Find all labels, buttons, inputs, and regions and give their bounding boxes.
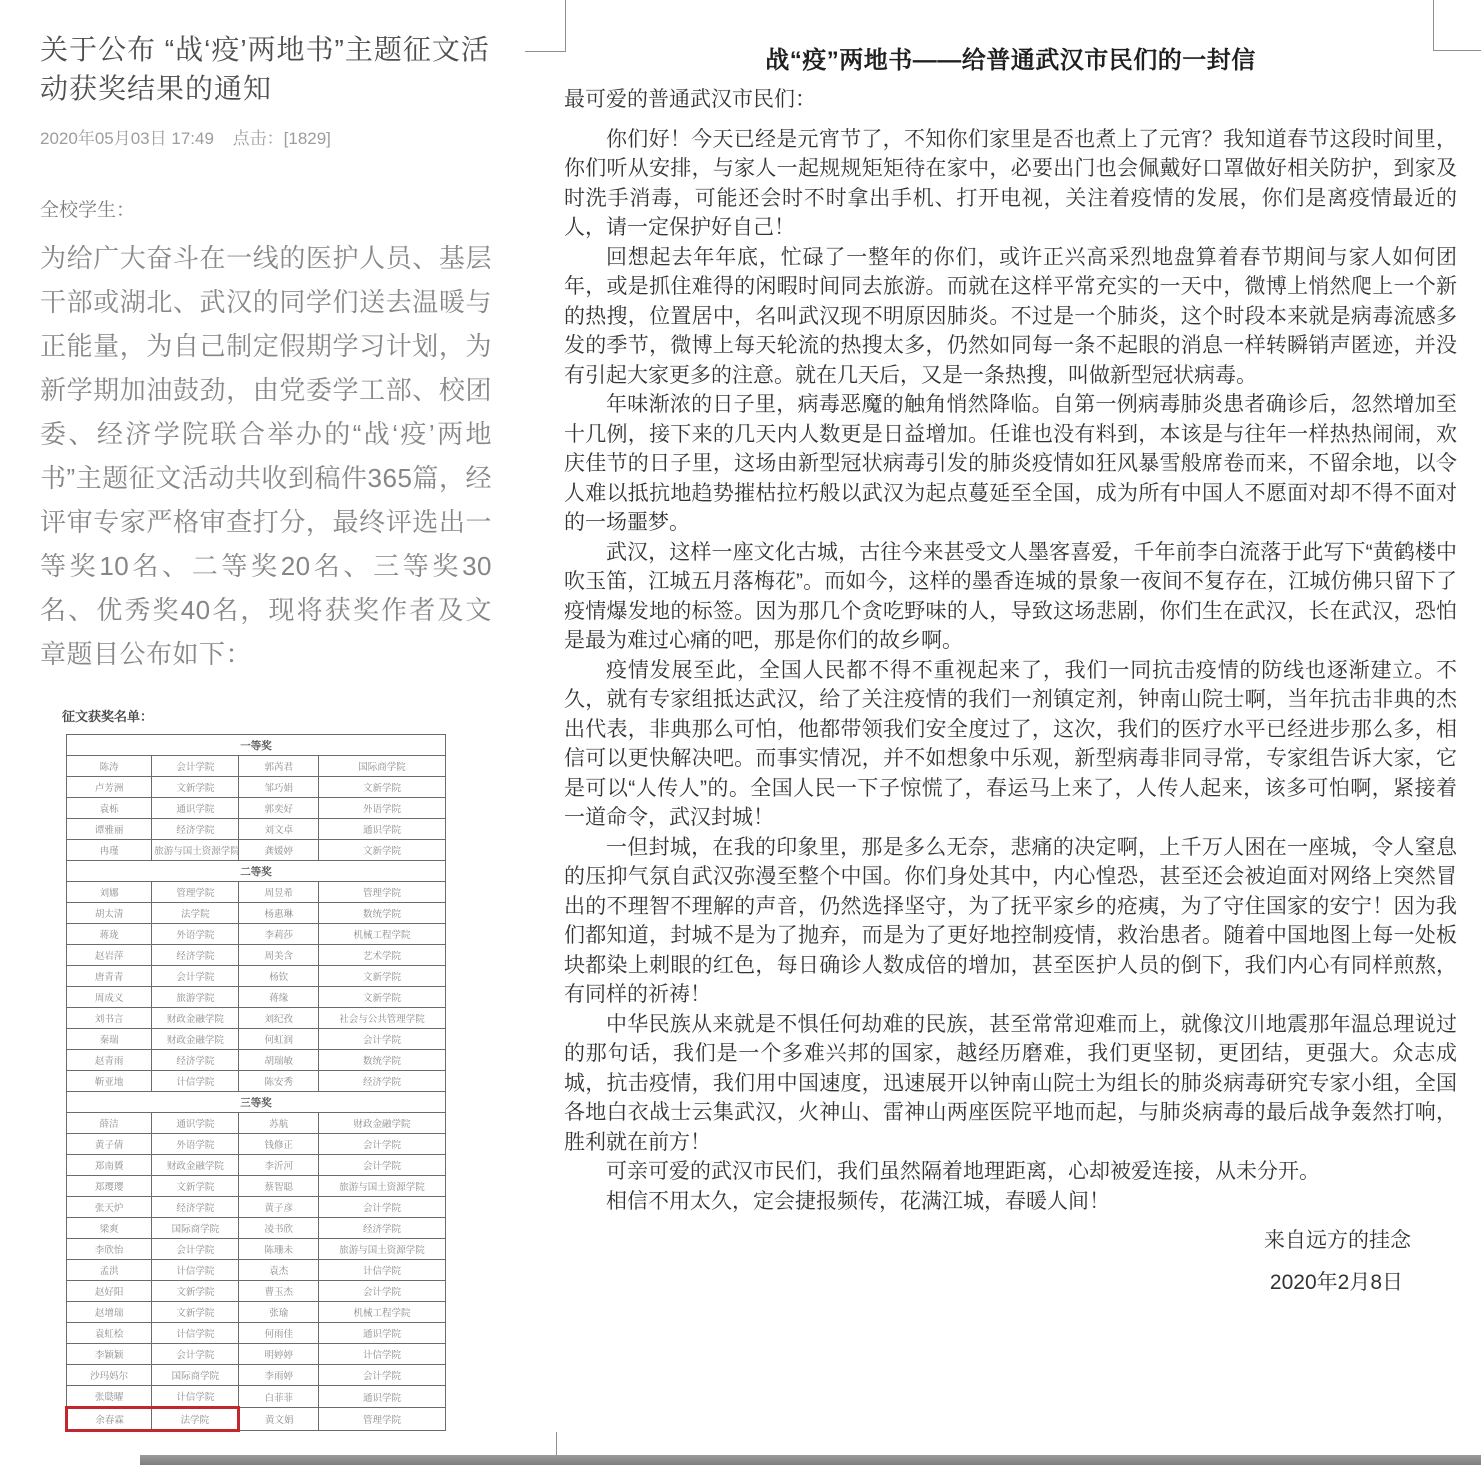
- letter-signature: 来自远方的挂念: [530, 1224, 1411, 1258]
- award-row: 李颖颖会计学院明婷婷计信学院: [67, 1344, 446, 1365]
- winner-college: 计信学院: [152, 1071, 239, 1092]
- letter-date: 2020年2月8日: [530, 1266, 1403, 1300]
- notice-salutation: 全校学生：: [40, 195, 520, 222]
- winner-college: 法学院: [152, 1408, 239, 1431]
- winner-college: 管理学院: [319, 882, 446, 903]
- winner-name: 龚媛婷: [239, 840, 319, 861]
- winner-name: 邹巧娟: [239, 777, 319, 798]
- winner-college: 旅游与国土资源学院: [319, 1176, 446, 1197]
- letter-paragraph: 可亲可爱的武汉市民们，我们虽然隔着地理距离，心却被爱连接，从未分开。: [564, 1157, 1457, 1187]
- winner-college: 管理学院: [319, 1408, 446, 1431]
- notice-date: 2020年05月03日 17:49: [40, 129, 214, 148]
- award-section-title: 一等奖: [67, 735, 446, 756]
- award-section-title: 二等奖: [67, 861, 446, 882]
- winner-name: 蔡智聪: [239, 1176, 319, 1197]
- winner-college: 会计学院: [152, 1344, 239, 1365]
- award-row: 靳亚地计信学院陈安秀经济学院: [67, 1071, 446, 1092]
- winner-name: 周昱希: [239, 882, 319, 903]
- award-row: 赵青雨经济学院胡瑞敏数统学院: [67, 1050, 446, 1071]
- winner-college: 国际商学院: [319, 756, 446, 777]
- winner-name: 张瓞曜: [67, 1386, 152, 1408]
- award-row: 蒋珑外语学院李莉莎机械工程学院: [67, 924, 446, 945]
- winner-name: 谭雅丽: [67, 819, 152, 840]
- winner-name: 蒋珑: [67, 924, 152, 945]
- page-corner-mark-top-right-vertical: [1433, 0, 1434, 50]
- award-section-row: 一等奖: [67, 735, 446, 756]
- page-corner-mark-top-left-horizontal: [525, 51, 566, 52]
- winner-name: 李欣怡: [67, 1239, 152, 1260]
- award-row: 郑南贇财政金融学院李沂河会计学院: [67, 1155, 446, 1176]
- letter-panel: 战“疫”两地书——给普通武汉市民们的一封信 最可爱的普通武汉市民们： 你们好！今…: [530, 0, 1481, 1465]
- winner-college: 计信学院: [319, 1344, 446, 1365]
- winner-college: 通识学院: [152, 1113, 239, 1134]
- winner-college: 国际商学院: [152, 1218, 239, 1239]
- winner-college: 经济学院: [319, 1218, 446, 1239]
- winner-name: 李沂河: [239, 1155, 319, 1176]
- winner-college: 艺术学院: [319, 945, 446, 966]
- winner-name: 陈安秀: [239, 1071, 319, 1092]
- winner-name: 杨钦: [239, 966, 319, 987]
- winner-college: 计信学院: [152, 1386, 239, 1408]
- winner-name: 蒋缘: [239, 987, 319, 1008]
- winner-name: 冉瑾: [67, 840, 152, 861]
- letter-paragraph: 回想起去年年底，忙碌了一整年的你们，或许正兴高采烈地盘算着春节期间与家人如何团年…: [564, 243, 1457, 391]
- award-table-body: 一等奖陈涛会计学院郭芮君国际商学院卢芳洲文新学院邹巧娟文新学院袁栎通识学院郭奕好…: [67, 735, 446, 1431]
- winner-college: 会计学院: [319, 1281, 446, 1302]
- winner-name: 黄子倩: [67, 1134, 152, 1155]
- award-row: 孟洪计信学院袁杰计信学院: [67, 1260, 446, 1281]
- winner-name: 黄子彦: [239, 1197, 319, 1218]
- award-row: 袁虹桧计信学院何雨佳通识学院: [67, 1323, 446, 1344]
- winner-name: 陈珊未: [239, 1239, 319, 1260]
- winner-name: 余春霖: [67, 1408, 152, 1431]
- award-row: 赵岩萍经济学院周美含艺术学院: [67, 945, 446, 966]
- award-row: 黄子倩外语学院钱修正会计学院: [67, 1134, 446, 1155]
- winner-college: 数统学院: [319, 1050, 446, 1071]
- award-row: 赵增瑞文新学院张瑜机械工程学院: [67, 1302, 446, 1323]
- winner-college: 机械工程学院: [319, 1302, 446, 1323]
- winner-name: 何虹润: [239, 1029, 319, 1050]
- winner-college: 外语学院: [152, 1134, 239, 1155]
- winner-name: 薛洁: [67, 1113, 152, 1134]
- award-row: 唐青青会计学院杨钦文新学院: [67, 966, 446, 987]
- winner-college: 社会与公共管理学院: [319, 1008, 446, 1029]
- winner-college: 会计学院: [319, 1029, 446, 1050]
- winner-college: 通识学院: [319, 819, 446, 840]
- notice-click-count: 点击：[1829]: [233, 129, 331, 148]
- winner-college: 文新学院: [319, 840, 446, 861]
- letter-paragraph: 相信不用太久，定会捷报频传，花满江城，春暖人间！: [564, 1187, 1457, 1217]
- winner-name: 明婷婷: [239, 1344, 319, 1365]
- notice-body: 为给广大奋斗在一线的医护人员、基层干部或湖北、武汉的同学们送去温暖与正能量，为自…: [40, 236, 492, 676]
- winner-college: 文新学院: [152, 1281, 239, 1302]
- award-row: 刘书言财政金融学院刘纪孜社会与公共管理学院: [67, 1008, 446, 1029]
- winner-college: 经济学院: [152, 945, 239, 966]
- award-row: 秦瑞财政金融学院何虹润会计学院: [67, 1029, 446, 1050]
- winner-name: 胡瑞敏: [239, 1050, 319, 1071]
- award-row: 薛洁通识学院苏航财政金融学院: [67, 1113, 446, 1134]
- winner-name: 沙玛妈尔: [67, 1365, 152, 1386]
- winner-name: 何雨佳: [239, 1323, 319, 1344]
- winner-name: 靳亚地: [67, 1071, 152, 1092]
- award-row: 卢芳洲文新学院邹巧娟文新学院: [67, 777, 446, 798]
- award-section-row: 二等奖: [67, 861, 446, 882]
- page-corner-mark-top-right-horizontal: [1433, 50, 1481, 51]
- winner-college: 会计学院: [152, 1239, 239, 1260]
- winner-college: 旅游学院: [152, 987, 239, 1008]
- winner-name: 周美含: [239, 945, 319, 966]
- winner-name: 秦瑞: [67, 1029, 152, 1050]
- award-row: 陈涛会计学院郭芮君国际商学院: [67, 756, 446, 777]
- winner-college: 文新学院: [152, 777, 239, 798]
- winner-college: 经济学院: [152, 1050, 239, 1071]
- winner-name: 李莉莎: [239, 924, 319, 945]
- winner-name: 唐青青: [67, 966, 152, 987]
- winner-college: 文新学院: [152, 1302, 239, 1323]
- winner-college: 会计学院: [319, 1365, 446, 1386]
- winner-college: 文新学院: [319, 777, 446, 798]
- winner-college: 通识学院: [152, 798, 239, 819]
- winner-name: 袁虹桧: [67, 1323, 152, 1344]
- winner-name: 杨惠琳: [239, 903, 319, 924]
- notice-meta: 2020年05月03日 17:49 点击：[1829]: [40, 124, 520, 149]
- winner-college: 会计学院: [319, 1155, 446, 1176]
- letter-paragraph: 你们好！今天已经是元宵节了，不知你们家里是否也煮上了元宵？我知道春节这段时间里，…: [564, 125, 1457, 243]
- winner-college: 法学院: [152, 903, 239, 924]
- page-corner-mark-bottom-left-vertical: [556, 1432, 557, 1455]
- winner-name: 李雨婷: [239, 1365, 319, 1386]
- winner-college: 国际商学院: [152, 1365, 239, 1386]
- award-table: 一等奖陈涛会计学院郭芮君国际商学院卢芳洲文新学院邹巧娟文新学院袁栎通识学院郭奕好…: [65, 734, 446, 1432]
- winner-name: 陈涛: [67, 756, 152, 777]
- letter-paragraph: 年味渐浓的日子里，病毒恶魔的触角悄然降临。自第一例病毒肺炎患者确诊后，忽然增加至…: [564, 390, 1457, 538]
- award-row: 李欣怡会计学院陈珊未旅游与国土资源学院: [67, 1239, 446, 1260]
- winner-name: 刘娜: [67, 882, 152, 903]
- winner-name: 赵增瑞: [67, 1302, 152, 1323]
- winner-name: 白菲菲: [239, 1386, 319, 1408]
- letter-paragraph: 武汉，这样一座文化古城，古往今来甚受文人墨客喜爱，千年前李白流落于此写下“黄鹤楼…: [564, 538, 1457, 656]
- notice-title: 关于公布 “战‘疫’两地书”主题征文活动获奖结果的通知: [40, 30, 492, 108]
- award-row: 胡太清法学院杨惠琳数统学院: [67, 903, 446, 924]
- winner-name: 郑璎璎: [67, 1176, 152, 1197]
- winner-college: 会计学院: [152, 756, 239, 777]
- winner-name: 袁杰: [239, 1260, 319, 1281]
- winner-college: 经济学院: [319, 1071, 446, 1092]
- award-row: 郑璎璎文新学院蔡智聪旅游与国土资源学院: [67, 1176, 446, 1197]
- winner-name: 苏航: [239, 1113, 319, 1134]
- winner-name: 孟洪: [67, 1260, 152, 1281]
- letter-paragraph: 疫情发展至此，全国人民都不得不重视起来了，我们一同抗击疫情的防线也逐渐建立。不久…: [564, 656, 1457, 833]
- award-row: 赵好阳文新学院曹玉杰会计学院: [67, 1281, 446, 1302]
- winner-college: 财政金融学院: [319, 1113, 446, 1134]
- winner-name: 卢芳洲: [67, 777, 152, 798]
- winner-college: 经济学院: [152, 819, 239, 840]
- winner-college: 机械工程学院: [319, 924, 446, 945]
- winner-college: 外语学院: [152, 924, 239, 945]
- winner-name: 凌书欣: [239, 1218, 319, 1239]
- notice-panel: 关于公布 “战‘疫’两地书”主题征文活动获奖结果的通知 2020年05月03日 …: [0, 0, 520, 1465]
- winner-name: 刘书言: [67, 1008, 152, 1029]
- winner-college: 通识学院: [319, 1323, 446, 1344]
- winner-name: 胡太清: [67, 903, 152, 924]
- winner-college: 旅游与国土资源学院: [319, 1239, 446, 1260]
- award-row: 谭雅丽经济学院刘文卓通识学院: [67, 819, 446, 840]
- award-row: 冉瑾旅游与国土资源学院龚媛婷文新学院: [67, 840, 446, 861]
- letter-title: 战“疫”两地书——给普通武汉市民们的一封信: [564, 40, 1457, 75]
- winner-college: 计信学院: [152, 1260, 239, 1281]
- award-row: 沙玛妈尔国际商学院李雨婷会计学院: [67, 1365, 446, 1386]
- letter-paragraphs: 你们好！今天已经是元宵节了，不知你们家里是否也煮上了元宵？我知道春节这段时间里，…: [564, 125, 1457, 1217]
- winner-college: 旅游与国土资源学院: [152, 840, 239, 861]
- winner-college: 计信学院: [319, 1260, 446, 1281]
- screenshot-root: 关于公布 “战‘疫’两地书”主题征文活动获奖结果的通知 2020年05月03日 …: [0, 0, 1481, 1465]
- window-bottom-bar: [140, 1455, 1481, 1465]
- winner-name: 周成义: [67, 987, 152, 1008]
- winner-name: 郑南贇: [67, 1155, 152, 1176]
- winner-name: 张瑜: [239, 1302, 319, 1323]
- winner-name: 刘文卓: [239, 819, 319, 840]
- winner-college: 财政金融学院: [152, 1008, 239, 1029]
- letter-paragraph: 中华民族从来就是不惧任何劫难的民族，甚至常常迎难而上，就像汶川地震那年温总理说过…: [564, 1010, 1457, 1158]
- winner-college: 通识学院: [319, 1386, 446, 1408]
- winner-college: 财政金融学院: [152, 1029, 239, 1050]
- award-row: 张瓞曜计信学院白菲菲通识学院: [67, 1386, 446, 1408]
- winner-name: 曹玉杰: [239, 1281, 319, 1302]
- winner-name: 赵青雨: [67, 1050, 152, 1071]
- letter-paragraph: 一但封城，在我的印象里，那是多么无奈，悲痛的决定啊，上千万人困在一座城，令人窒息…: [564, 833, 1457, 1010]
- winner-name: 钱修正: [239, 1134, 319, 1155]
- winner-college: 外语学院: [319, 798, 446, 819]
- award-row: 袁栎通识学院郭奕好外语学院: [67, 798, 446, 819]
- winner-college: 会计学院: [319, 1197, 446, 1218]
- winner-college: 文新学院: [319, 987, 446, 1008]
- letter-salutation: 最可爱的普通武汉市民们：: [564, 85, 1457, 115]
- winner-college: 经济学院: [152, 1197, 239, 1218]
- winner-college: 文新学院: [319, 966, 446, 987]
- winner-college: 管理学院: [152, 882, 239, 903]
- award-table-wrap: 一等奖陈涛会计学院郭芮君国际商学院卢芳洲文新学院邹巧娟文新学院袁栎通识学院郭奕好…: [65, 734, 446, 1432]
- award-row: 余春霖法学院黄文娟管理学院: [67, 1408, 446, 1431]
- winner-name: 梁爽: [67, 1218, 152, 1239]
- winner-college: 财政金融学院: [152, 1155, 239, 1176]
- winner-name: 赵岩萍: [67, 945, 152, 966]
- winner-name: 张天炉: [67, 1197, 152, 1218]
- winner-college: 数统学院: [319, 903, 446, 924]
- winner-college: 文新学院: [152, 1176, 239, 1197]
- winner-name: 李颖颖: [67, 1344, 152, 1365]
- award-row: 周成义旅游学院蒋缘文新学院: [67, 987, 446, 1008]
- winner-name: 袁栎: [67, 798, 152, 819]
- winner-college: 会计学院: [319, 1134, 446, 1155]
- award-row: 刘娜管理学院周昱希管理学院: [67, 882, 446, 903]
- winner-name: 郭芮君: [239, 756, 319, 777]
- winner-name: 刘纪孜: [239, 1008, 319, 1029]
- award-section-title: 三等奖: [67, 1092, 446, 1113]
- winner-name: 郭奕好: [239, 798, 319, 819]
- award-row: 张天炉经济学院黄子彦会计学院: [67, 1197, 446, 1218]
- award-list-title: 征文获奖名单：: [62, 706, 520, 725]
- award-row: 梁爽国际商学院凌书欣经济学院: [67, 1218, 446, 1239]
- winner-college: 会计学院: [152, 966, 239, 987]
- winner-college: 计信学院: [152, 1323, 239, 1344]
- winner-name: 赵好阳: [67, 1281, 152, 1302]
- page-corner-mark-top-left-vertical: [565, 0, 566, 51]
- winner-name: 黄文娟: [239, 1408, 319, 1431]
- award-section-row: 三等奖: [67, 1092, 446, 1113]
